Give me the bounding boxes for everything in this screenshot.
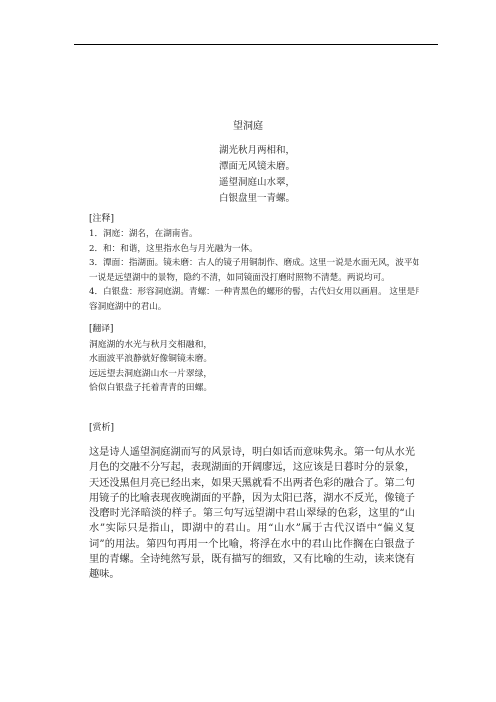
note-line: 容洞庭湖中的君山。 <box>89 300 419 315</box>
translation-line: 水面波平浪静就好像铜镜未磨。 <box>89 352 212 367</box>
translation-line: 远远望去洞庭湖山水一片翠绿， <box>89 367 212 382</box>
translation-line: 恰似白银盘子托着青青的田螺。 <box>89 381 212 396</box>
translation-section: [翻译] 洞庭湖的水光与秋月交相融和， 水面波平浪静就好像铜镜未磨。 远远望去洞… <box>89 322 212 396</box>
note-line: 1．洞庭：湖名，在湖南省。 <box>89 227 419 242</box>
analysis-paragraph: 这是诗人遥望洞庭湖而写的风景诗，明白如话而意味隽永。第一句从水光月色的交融不分写… <box>89 445 415 583</box>
poem-line: 遥望洞庭山水翠， <box>219 175 295 191</box>
note-line: 2．和：和谐，这里指水色与月光融为一体。 <box>89 242 419 257</box>
poem-line: 潭面无风镜未磨。 <box>219 159 295 175</box>
translation-heading: [翻译] <box>89 322 212 337</box>
note-line: 3．潭面：指湖面。镜未磨：古人的镜子用铜制作、磨成。这里一说是水面无风，波平如镜… <box>89 256 419 271</box>
analysis-heading: [赏析] <box>89 420 415 433</box>
notes-section: [注释] 1．洞庭：湖名，在湖南省。 2．和：和谐，这里指水色与月光融为一体。 … <box>89 211 419 314</box>
note-line: 一说是远望湖中的景物，隐约不清，如同镜面没打磨时照物不清楚。两说均可。 <box>89 271 419 286</box>
note-line: 4．白银盘：形容洞庭湖。青螺：一种青黑色的螺形的髻，古代妇女用以画眉。 这里是用… <box>89 285 419 300</box>
translation-line: 洞庭湖的水光与秋月交相融和， <box>89 338 212 353</box>
poem-line: 湖光秋月两相和， <box>219 143 295 159</box>
notes-heading: [注释] <box>89 211 419 224</box>
poem-line: 白银盘里一青螺。 <box>219 191 295 207</box>
header-rule <box>74 44 438 45</box>
poem-title: 望洞庭 <box>0 117 496 132</box>
poem-body: 湖光秋月两相和， 潭面无风镜未磨。 遥望洞庭山水翠， 白银盘里一青螺。 <box>219 143 295 207</box>
analysis-section: [赏析] 这是诗人遥望洞庭湖而写的风景诗，明白如话而意味隽永。第一句从水光月色的… <box>89 420 415 583</box>
